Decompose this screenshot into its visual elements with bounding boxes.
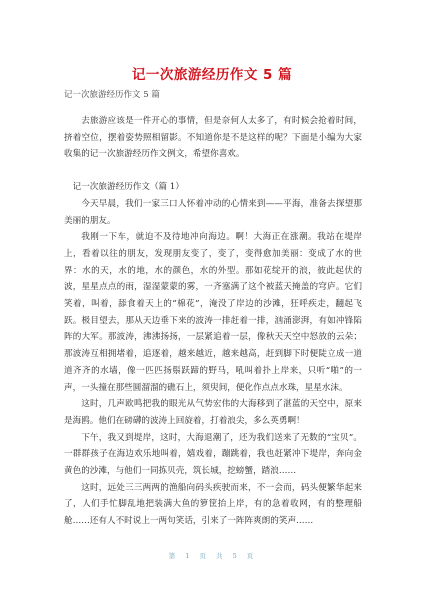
page-number-footer: 第 1 页 共 5 页 xyxy=(0,551,424,560)
section-heading: 记一次旅游经历作文（篇 1） xyxy=(64,179,362,196)
document-title: 记一次旅游经历作文 5 篇 xyxy=(0,63,424,83)
body-paragraph: 下午，我又到堤岸，这时，大海退潮了，还为我们送来了无数的“宝贝”。一群群孩子在海… xyxy=(64,430,362,480)
document-body: 去旅游应该是一件开心的事情，但是奈何人太多了，有时候会抢着时间，挤着空位，摆着姿… xyxy=(64,113,362,530)
document-page: 记一次旅游经历作文 5 篇 记一次旅游经历作文 5 篇 去旅游应该是一件开心的事… xyxy=(0,0,424,600)
intro-paragraph: 去旅游应该是一件开心的事情，但是奈何人太多了，有时候会抢着时间，挤着空位，摆着姿… xyxy=(64,113,362,163)
document-subtitle: 记一次旅游经历作文 5 篇 xyxy=(64,88,160,100)
body-paragraph: 这时，几声欧鸣把我的眼光从气势宏伟的大海移到了湛蓝的天空中，原来是海鸥。他们在磅… xyxy=(64,396,362,429)
body-paragraph: 我刚一下车，就迫不及待地冲向海边。啊！大海正在涨潮。我站在堤岸上，看着以往的朋友… xyxy=(64,229,362,396)
body-paragraph: 今天早晨，我们一家三口人怀着冲动的心情来到——平海，准备去探望那美丽的朋友。 xyxy=(64,196,362,229)
body-paragraph: 这时，远处三三两两的渔船向码头疾驶而来，不一会而，码头便繁华起来了，人们手忙脚乱… xyxy=(64,480,362,530)
